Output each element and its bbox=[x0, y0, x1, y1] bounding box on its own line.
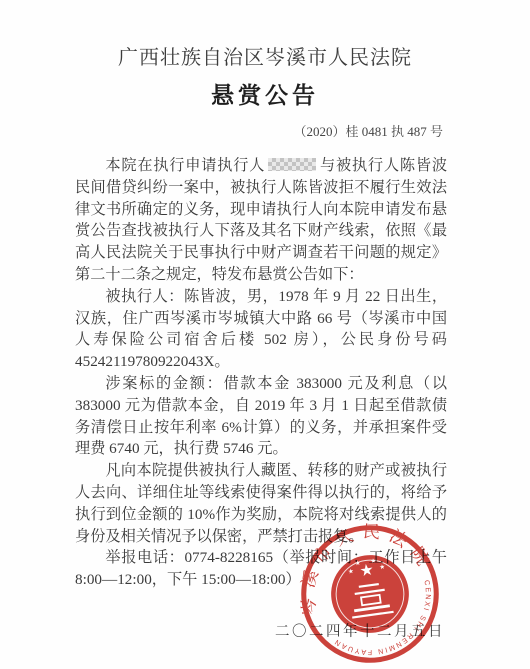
case-number: （2020）桂 0481 执 487 号 bbox=[0, 121, 530, 140]
paragraph-case-amount: 涉案标的金额：借款本金 383000 元及利息（以 383000 元为借款本金，… bbox=[75, 373, 447, 460]
document-title: 悬赏公告 bbox=[0, 77, 530, 110]
court-name-heading: 广西壮族自治区岑溪市人民法院 bbox=[0, 0, 530, 70]
national-emblem-icon: ★ ★ ★ ★ ★ bbox=[326, 550, 414, 638]
document-body: 本院在执行申请执行人与被执行人陈皆波民间借贷纠纷一案中，被执行人陈皆波拒不履行生… bbox=[0, 155, 530, 591]
paragraph-debtor-info: 被执行人：陈皆波，男，1978 年 9 月 22 日出生，汉族，住广西岑溪市岑城… bbox=[75, 286, 447, 373]
document-page: 广西壮族自治区岑溪市人民法院 悬赏公告 （2020）桂 0481 执 487 号… bbox=[0, 0, 530, 669]
intro-text-before: 本院在执行申请执行人 bbox=[105, 157, 265, 174]
redacted-applicant-name bbox=[268, 158, 316, 171]
paragraph-intro: 本院在执行申请执行人与被执行人陈皆波民间借贷纠纷一案中，被执行人陈皆波拒不履行生… bbox=[75, 155, 447, 286]
court-seal: 岑溪市人民法院 CENXI SHI RENMIN FAYUAN ★ ★ ★ ★ … bbox=[289, 513, 452, 669]
intro-text-after: 与被执行人陈皆波民间借贷纠纷一案中，被执行人陈皆波拒不履行生效法律文书所确定的义… bbox=[75, 157, 447, 283]
